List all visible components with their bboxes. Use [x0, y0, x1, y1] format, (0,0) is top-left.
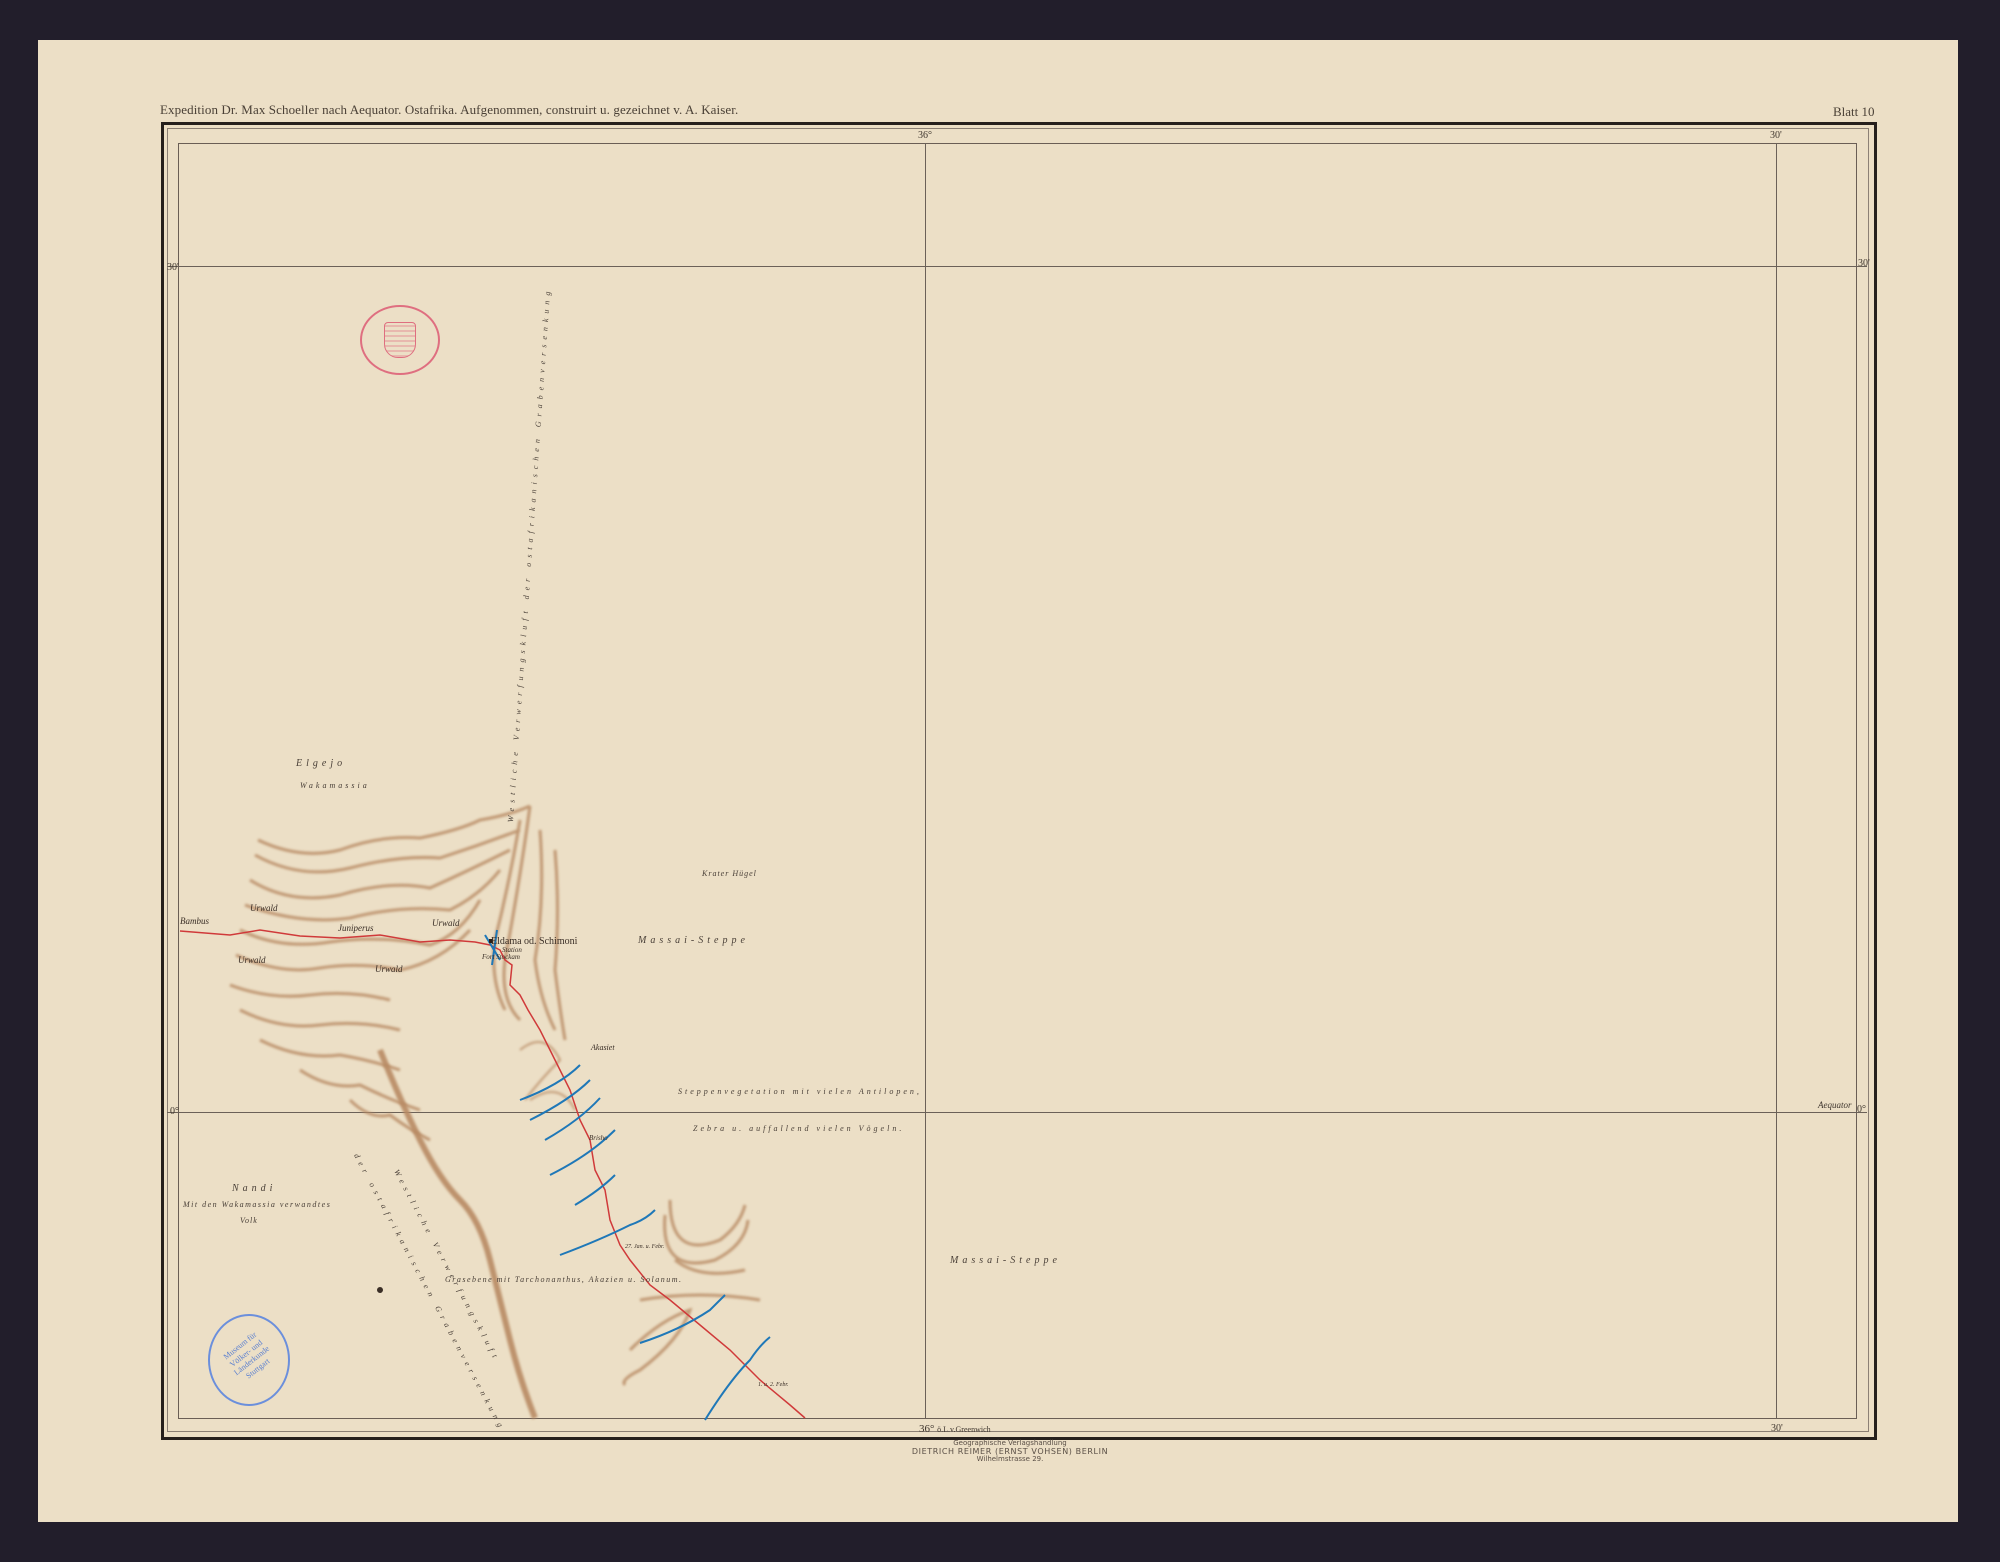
label-nandi: Nandi [232, 1183, 276, 1194]
place-urwald-3: Urwald [375, 964, 403, 974]
place-brisho: Brisho [589, 1134, 608, 1142]
label-wakamassia: Wakamassia [300, 781, 370, 790]
label-steppe-vegetation: Steppenvegetation mit vielen Antilopen, [678, 1087, 922, 1096]
point-marker [377, 1287, 383, 1293]
museum-stamp-blue: Museum für Völker- und Länderkunde Stutt… [208, 1314, 290, 1406]
label-krater-huegel: Krater Hügel [702, 869, 757, 878]
label-grasebene: Grasebene mit Tarchonanthus, Akazien u. … [445, 1275, 682, 1284]
label-massai-steppe-south: Massai-Steppe [950, 1255, 1061, 1266]
crater-hills [624, 1200, 760, 1385]
place-fort: Fort Stockam [482, 953, 520, 961]
place-urwald-2: Urwald [238, 955, 266, 965]
publisher-line-3: Wilhelmstrasse 29. [880, 1456, 1140, 1464]
museum-stamp-text: Museum für Völker- und Länderkunde Stutt… [214, 1324, 283, 1390]
label-massai-steppe-north: Massai-Steppe [638, 935, 749, 946]
place-camp-2: 1. u. 2. Febr. [758, 1382, 789, 1388]
publisher-imprint: Geographische Verlagshandlung DIETRICH R… [880, 1440, 1140, 1464]
place-bambus: Bambus [180, 916, 209, 926]
place-juniperus: Juniperus [338, 923, 374, 933]
place-urwald-4: Urwald [432, 918, 460, 928]
rivers [485, 930, 770, 1420]
label-elgejo: Elgejo [296, 758, 346, 769]
coat-of-arms-icon [384, 322, 416, 358]
place-camp-1: 27. Jan. u. Febr. [625, 1244, 664, 1250]
place-urwald-1: Urwald [250, 903, 278, 913]
label-zebra: Zebra u. auffallend vielen Vögeln. [693, 1124, 904, 1133]
library-stamp-red [360, 305, 440, 375]
label-nandi-volk: Volk [240, 1216, 258, 1225]
place-akasiet: Akasiet [591, 1043, 615, 1052]
label-nandi-note: Mit den Wakamassia verwandtes [183, 1200, 331, 1209]
